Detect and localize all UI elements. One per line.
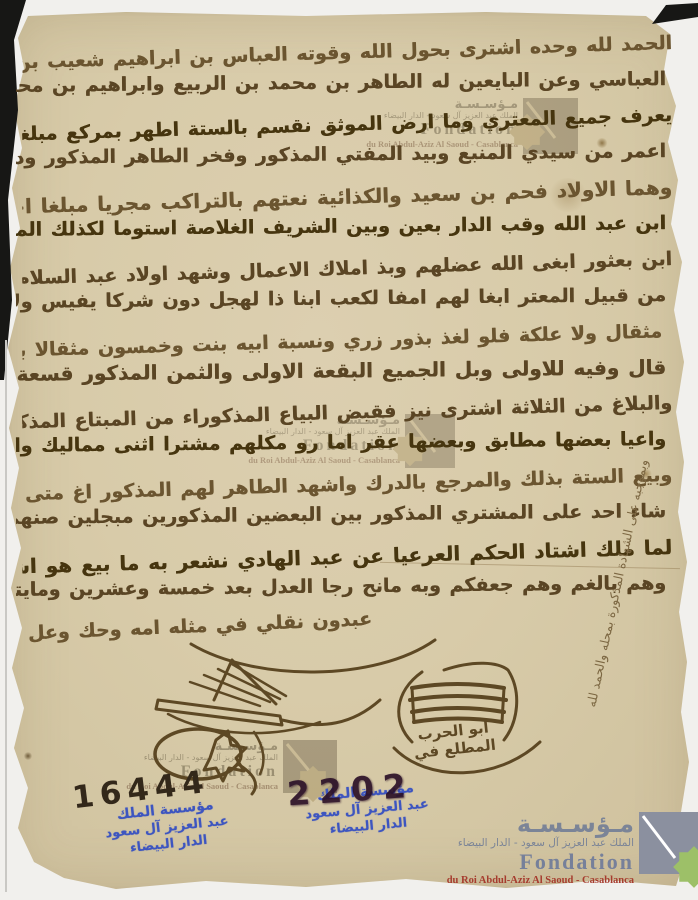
manuscript-line: العباسي وعن البايعين له الطاهر بن محمد ب… — [16, 62, 666, 105]
manuscript-line: واعيا بعضها مطابق وبعضها عقر اما رو مكله… — [16, 422, 666, 465]
manuscript-line: شاء احد على المشتري المذكور بين البعضين … — [16, 494, 666, 537]
flourish-underline — [185, 634, 441, 686]
manuscript-line: من قبيل المعتر ابغا لهم امفا لكعب ابنا ذ… — [16, 278, 666, 321]
scan-edge-line — [5, 340, 7, 892]
foundation-logo: مـؤسـسـة الملك عبد العزيز آل سعود - الدا… — [498, 812, 698, 887]
manuscript-line: قال وفيه للاولى وبل الجميع البقعة الاولى… — [16, 350, 666, 393]
eight-point-star-icon — [671, 844, 698, 890]
manuscript-text-block: الحمد لله وحده اشترى بحول الله وقوته الع… — [22, 26, 672, 638]
manuscript-line: اعمر من سيدي المنبع وبيد المفتي المذكور … — [16, 134, 666, 177]
scanned-manuscript-page: مـؤسـسـة الملك عبد العزيز آل سعود - الدا… — [0, 0, 698, 900]
ink-stain — [24, 752, 32, 760]
logo-arabic-title: مـؤسـسـة — [517, 812, 634, 836]
logo-text: مـؤسـسـة الملك عبد العزيز آل سعود - الدا… — [498, 812, 634, 887]
logo-arabic-subtitle: الملك عبد العزيز آل سعود - الدار البيضاء — [458, 836, 634, 850]
logo-square — [639, 812, 698, 874]
scan-black-edge-right — [652, 3, 698, 27]
manuscript-line: ابن عبد الله وقب الدار بعين وبين الشريف … — [16, 206, 666, 249]
logo-latin-title: Fondation — [519, 850, 634, 874]
logo-latin-subtitle: du Roi Abdul-Aziz Al Saoud - Casablanca — [447, 874, 634, 887]
